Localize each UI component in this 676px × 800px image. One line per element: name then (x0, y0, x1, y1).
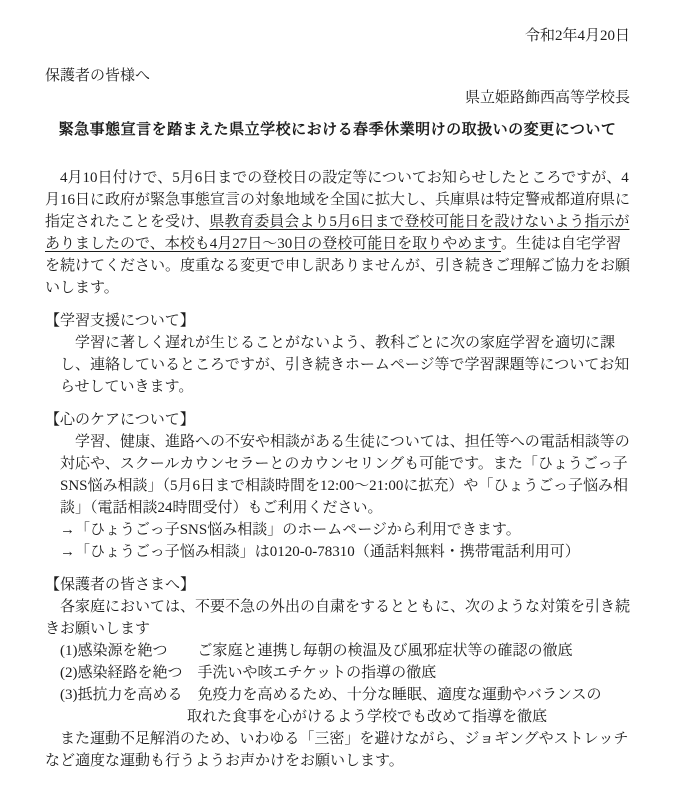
text-segment: (1)感染源を絶つ ご家庭と連携し毎朝の検温及び風邪症状等の確認の徹底 (60, 643, 573, 659)
text-segment: (3)抵抗力を高める 免疫力を高めるため、十分な睡眠、適度な運動やバランスの (60, 687, 601, 703)
measure-item-3: (3)抵抗力を高める 免疫力を高めるため、十分な睡眠、適度な運動やバランスの (60, 684, 630, 706)
measure-item-2: (2)感染経路を絶つ 手洗いや咳エチケットの指導の徹底 (60, 662, 630, 684)
mental-care-paragraph: 学習、健康、進路への不安や相談がある生徒については、担任等への電話相談等の対応や… (60, 431, 630, 519)
closing-paragraph: また運動不足解消のため、いわゆる「三密」を避けながら、ジョギングやストレッチなど… (45, 728, 630, 772)
document-date: 令和2年4月20日 (45, 25, 630, 47)
sns-consultation-note: →「ひょうごっ子SNS悩み相談」のホームページから利用できます。 (60, 519, 630, 541)
text-segment: (2)感染経路を絶つ 手洗いや咳エチケットの指導の徹底 (60, 665, 436, 681)
text-segment: 学習に著しく遅れが生じることがないよう、教科ごとに次の家庭学習を適切に課し、連絡… (60, 335, 629, 395)
phone-consultation-note: →「ひょうごっ子悩み相談」は0120-0-78310（通話料無料・携帯電話利用可… (60, 541, 630, 563)
section-heading-mental-care: 【心のケアについて】 (45, 409, 630, 431)
text-segment: 【心のケアについて】 (45, 412, 195, 428)
text-segment: 【保護者の皆さまへ】 (45, 577, 195, 593)
parents-paragraph: 各家庭においては、不要不急の外出の自粛をするとともに、次のような対策を引き続きお… (45, 596, 630, 640)
document-body: 4月10日付けで、5月6日までの登校日の設定等についてお知らせしたところですが、… (45, 167, 630, 772)
text-segment: 学習、健康、進路への不安や相談がある生徒については、担任等への電話相談等の対応や… (60, 434, 630, 516)
section-heading-learning-support: 【学習支援について】 (45, 310, 630, 332)
text-segment: 取れた食事を心がけるよう学校でも改めて指導を徹底 (187, 709, 547, 725)
document-page: 令和2年4月20日 保護者の皆様へ 県立姫路飾西高等学校長 緊急事態宣言を踏まえ… (0, 0, 676, 800)
sender: 県立姫路飾西高等学校長 (45, 87, 630, 109)
text-segment: また運動不足解消のため、いわゆる「三密」を避けながら、ジョギングやストレッチなど… (45, 731, 629, 769)
learning-support-paragraph: 学習に著しく遅れが生じることがないよう、教科ごとに次の家庭学習を適切に課し、連絡… (60, 332, 630, 398)
addressee: 保護者の皆様へ (45, 65, 630, 87)
document-title: 緊急事態宣言を踏まえた県立学校における春季休業明けの取扱いの変更について (45, 119, 630, 141)
intro-paragraph: 4月10日付けで、5月6日までの登校日の設定等についてお知らせしたところですが、… (45, 167, 630, 299)
section-heading-parents: 【保護者の皆さまへ】 (45, 574, 630, 596)
measure-item-3-continuation: 取れた食事を心がけるよう学校でも改めて指導を徹底 (187, 706, 630, 728)
text-segment: 各家庭においては、不要不急の外出の自粛をするとともに、次のような対策を引き続きお… (45, 599, 630, 637)
text-segment: →「ひょうごっ子悩み相談」は0120-0-78310（通話料無料・携帯電話利用可… (60, 544, 580, 560)
text-segment: →「ひょうごっ子SNS悩み相談」のホームページから利用できます。 (60, 522, 521, 538)
measure-item-1: (1)感染源を絶つ ご家庭と連携し毎朝の検温及び風邪症状等の確認の徹底 (60, 640, 630, 662)
text-segment: 【学習支援について】 (45, 313, 195, 329)
